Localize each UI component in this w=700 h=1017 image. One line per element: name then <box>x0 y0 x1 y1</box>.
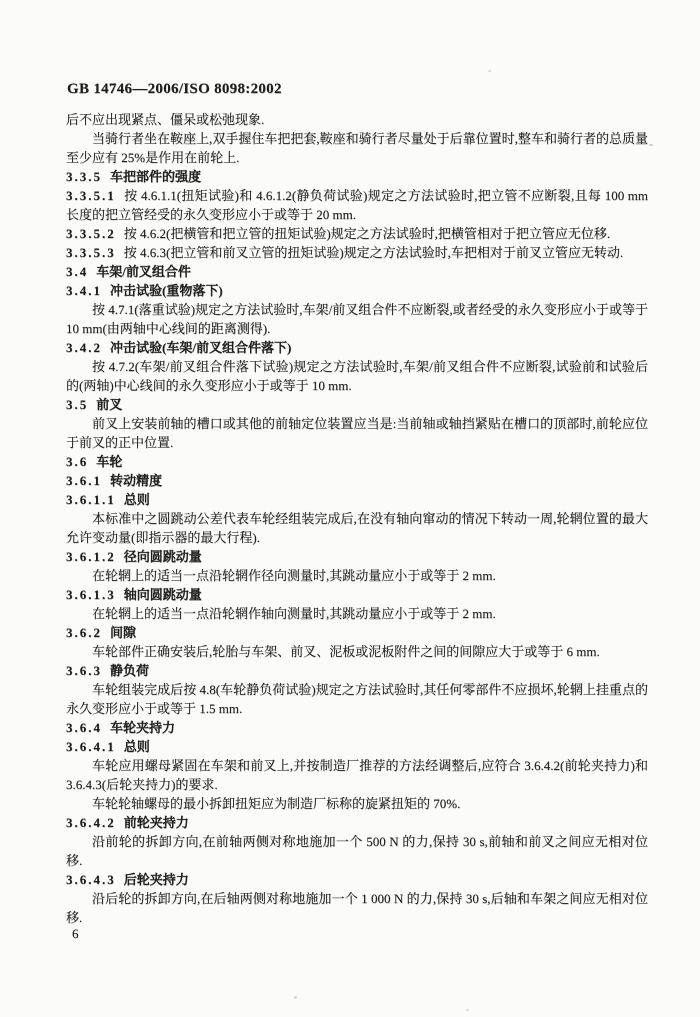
heading-text: 冲击试验(重物落下) <box>110 283 223 298</box>
heading-text: 间隙 <box>110 625 136 640</box>
paragraph: 3.3.5.3按 4.6.3(把立管和前叉立管的扭矩试验)规定之方法试验时,车把… <box>66 243 648 262</box>
clause-number: 3.6.1.3 <box>66 587 116 602</box>
clause-number: 3.3.5.1 <box>66 188 116 203</box>
section-heading: 3.6.4.2前轮夹持力 <box>66 813 648 832</box>
clause-number: 3.6.1 <box>66 473 102 488</box>
paragraph-text: 按 4.7.2(车架/前叉组合件落下试验)规定之方法试验时,车架/前叉组合件不应… <box>66 359 648 393</box>
clause-number: 3.4 <box>66 264 88 279</box>
heading-text: 径向圆跳动量 <box>124 549 202 564</box>
heading-text: 后轮夹持力 <box>124 872 189 887</box>
paragraph-text: 前叉上安装前轴的槽口或其他的前轴定位装置应当是:当前轴或轴挡紧贴在槽口的顶部时,… <box>66 416 648 450</box>
paragraph: 车轮部件正确安装后,轮胎与车架、前叉、泥板或泥板附件之间的间隙应大于或等于 6 … <box>66 642 648 661</box>
paragraph: 本标准中之圆跳动公差代表车轮经组装完成后,在没有轴向窜动的情况下转动一周,轮辋位… <box>66 509 648 547</box>
clause-number: 3.4.2 <box>66 340 102 355</box>
paragraph-text: 在轮辋上的适当一点沿轮辋作径向测量时,其跳动量应小于或等于 2 mm. <box>92 568 496 583</box>
paragraph: 在轮辋上的适当一点沿轮辋作轴向测量时,其跳动量应小于或等于 2 mm. <box>66 604 648 623</box>
scan-speck <box>294 996 297 999</box>
paragraph-text: 本标准中之圆跳动公差代表车轮经组装完成后,在没有轴向窜动的情况下转动一周,轮辋位… <box>66 511 648 545</box>
paragraph: 后不应出现紧点、僵呆或松弛现象. <box>66 110 648 129</box>
section-heading: 3.6.4.1总则 <box>66 737 648 756</box>
paragraph-text: 在轮辋上的适当一点沿轮辋作轴向测量时,其跳动量应小于或等于 2 mm. <box>92 606 496 621</box>
clause-number: 3.6.4.2 <box>66 815 116 830</box>
heading-text: 车轮 <box>96 454 122 469</box>
section-heading: 3.6.3静负荷 <box>66 661 648 680</box>
clause-number: 3.5 <box>66 397 88 412</box>
section-heading: 3.6.2间隙 <box>66 623 648 642</box>
heading-text: 冲击试验(车架/前叉组合件落下) <box>110 340 291 355</box>
scan-speck <box>466 1009 469 1011</box>
paragraph-text: 按 4.6.3(把立管和前叉立管的扭矩试验)规定之方法试验时,车把相对于前叉立管… <box>124 245 623 260</box>
clause-number: 3.6.1.1 <box>66 492 116 507</box>
heading-text: 前轮夹持力 <box>124 815 189 830</box>
heading-text: 轴向圆跳动量 <box>124 587 202 602</box>
heading-text: 总则 <box>124 739 150 754</box>
paragraph-text: 后不应出现紧点、僵呆或松弛现象. <box>66 112 264 127</box>
section-heading: 3.6.1.2径向圆跳动量 <box>66 547 648 566</box>
heading-text: 静负荷 <box>110 663 149 678</box>
paragraph: 3.3.5.1按 4.6.1.1(扭矩试验)和 4.6.1.2(静负荷试验)规定… <box>66 186 648 224</box>
paragraph-text: 按 4.6.1.1(扭矩试验)和 4.6.1.2(静负荷试验)规定之方法试验时,… <box>66 188 648 222</box>
section-heading: 3.6车轮 <box>66 452 648 471</box>
paragraph: 在轮辋上的适当一点沿轮辋作径向测量时,其跳动量应小于或等于 2 mm. <box>66 566 648 585</box>
section-heading: 3.6.4.3后轮夹持力 <box>66 870 648 889</box>
clause-number: 3.6.4.3 <box>66 872 116 887</box>
section-heading: 3.4车架/前叉组合件 <box>66 262 648 281</box>
clause-number: 3.6.2 <box>66 625 102 640</box>
clause-number: 3.3.5 <box>66 169 102 184</box>
paragraph-text: 沿后轮的拆卸方向,在后轴两侧对称地施加一个 1 000 N 的力,保持 30 s… <box>66 891 648 925</box>
section-heading: 3.6.4车轮夹持力 <box>66 718 648 737</box>
paragraph: 沿前轮的拆卸方向,在前轴两侧对称地施加一个 500 N 的力,保持 30 s,前… <box>66 832 648 870</box>
paragraph: 前叉上安装前轴的槽口或其他的前轴定位装置应当是:当前轴或轴挡紧贴在槽口的顶部时,… <box>66 414 648 452</box>
paragraph-text: 车轮轮轴螺母的最小拆卸扭矩应为制造厂标称的旋紧扭矩的 70%. <box>92 796 460 811</box>
clause-number: 3.6.4.1 <box>66 739 116 754</box>
paragraph-text: 按 4.7.1(落重试验)规定之方法试验时,车架/前叉组合件不应断裂,或者经受的… <box>66 302 648 336</box>
page-number: 6 <box>72 926 79 942</box>
scan-speck <box>649 144 653 146</box>
paragraph-text: 沿前轮的拆卸方向,在前轴两侧对称地施加一个 500 N 的力,保持 30 s,前… <box>66 834 648 868</box>
clause-number: 3.6.4 <box>66 720 102 735</box>
paragraph-text: 车轮部件正确安装后,轮胎与车架、前叉、泥板或泥板附件之间的间隙应大于或等于 6 … <box>92 644 600 659</box>
clause-number: 3.3.5.3 <box>66 245 116 260</box>
paragraph: 车轮应用螺母紧固在车架和前叉上,并按制造厂推荐的方法经调整后,应符合 3.6.4… <box>66 756 648 794</box>
clause-number: 3.6 <box>66 454 88 469</box>
paragraph: 按 4.7.2(车架/前叉组合件落下试验)规定之方法试验时,车架/前叉组合件不应… <box>66 357 648 395</box>
scan-speck <box>488 70 491 72</box>
heading-text: 车架/前叉组合件 <box>96 264 191 279</box>
heading-text: 转动精度 <box>110 473 162 488</box>
heading-text: 前叉 <box>96 397 122 412</box>
paragraph-text: 车轮应用螺母紧固在车架和前叉上,并按制造厂推荐的方法经调整后,应符合 3.6.4… <box>66 758 648 792</box>
clause-number: 3.6.1.2 <box>66 549 116 564</box>
heading-text: 车把部件的强度 <box>110 169 201 184</box>
paragraph: 车轮组装完成后按 4.8(车轮静负荷试验)规定之方法试验时,其任何零部件不应损坏… <box>66 680 648 718</box>
paragraph: 按 4.7.1(落重试验)规定之方法试验时,车架/前叉组合件不应断裂,或者经受的… <box>66 300 648 338</box>
paragraph: 3.3.5.2按 4.6.2(把横管和把立管的扭矩试验)规定之方法试验时,把横管… <box>66 224 648 243</box>
section-heading: 3.4.1冲击试验(重物落下) <box>66 281 648 300</box>
paragraph-text: 当骑行者坐在鞍座上,双手握住车把把套,鞍座和骑行者尽量处于后靠位置时,整车和骑行… <box>66 131 648 165</box>
clause-number: 3.4.1 <box>66 283 102 298</box>
paragraph: 车轮轮轴螺母的最小拆卸扭矩应为制造厂标称的旋紧扭矩的 70%. <box>66 794 648 813</box>
section-heading: 3.6.1转动精度 <box>66 471 648 490</box>
clause-number: 3.6.3 <box>66 663 102 678</box>
section-heading: 3.3.5车把部件的强度 <box>66 167 648 186</box>
section-heading: 3.5前叉 <box>66 395 648 414</box>
heading-text: 车轮夹持力 <box>110 720 175 735</box>
paragraph-text: 按 4.6.2(把横管和把立管的扭矩试验)规定之方法试验时,把横管相对于把立管应… <box>124 226 610 241</box>
section-heading: 3.6.1.3轴向圆跳动量 <box>66 585 648 604</box>
section-heading: 3.6.1.1总则 <box>66 490 648 509</box>
scanned-standard-page: GB 14746—2006/ISO 8098:2002 后不应出现紧点、僵呆或松… <box>0 0 700 1017</box>
paragraph-text: 车轮组装完成后按 4.8(车轮静负荷试验)规定之方法试验时,其任何零部件不应损坏… <box>66 682 648 716</box>
clause-number: 3.3.5.2 <box>66 226 116 241</box>
standard-number-header: GB 14746—2006/ISO 8098:2002 <box>67 81 282 98</box>
section-heading: 3.4.2冲击试验(车架/前叉组合件落下) <box>66 338 648 357</box>
heading-text: 总则 <box>124 492 150 507</box>
document-body: 后不应出现紧点、僵呆或松弛现象.当骑行者坐在鞍座上,双手握住车把把套,鞍座和骑行… <box>66 110 648 927</box>
paragraph: 沿后轮的拆卸方向,在后轴两侧对称地施加一个 1 000 N 的力,保持 30 s… <box>66 889 648 927</box>
paragraph: 当骑行者坐在鞍座上,双手握住车把把套,鞍座和骑行者尽量处于后靠位置时,整车和骑行… <box>66 129 648 167</box>
